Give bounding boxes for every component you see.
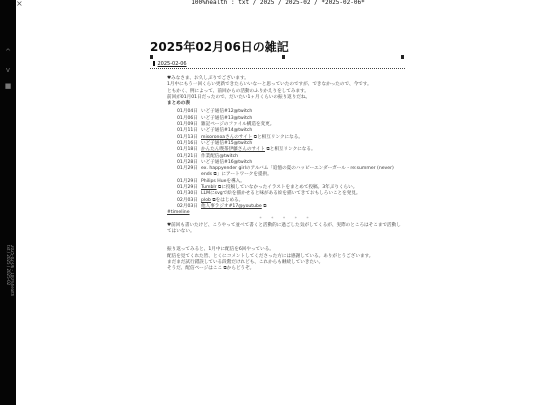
- paragraph: ♥前回も書いたけど、こうやって並べて書くと活動的に過ごした気がしてくるが、実際の…: [167, 223, 405, 236]
- sidebar: × ^ v ■ 2025-02-06 - 100%health txt / 20…: [0, 0, 16, 405]
- item-text: ⧉と相互リンクになる。: [265, 147, 316, 152]
- article: 2025年02月06日の雑記 2025-02-06 ♥みなさま、お久しぶりでござ…: [150, 40, 405, 273]
- summary-heading: まとめの表: [167, 101, 405, 107]
- menu-icon[interactable]: ■: [2, 82, 14, 90]
- marker-mid: [282, 55, 285, 59]
- title-markers: [150, 55, 405, 60]
- summary-list: 01月04日いど子通信#12@twitch 01月06日いど子通信#13@twi…: [167, 109, 405, 210]
- chevron-down-icon[interactable]: v: [2, 66, 14, 74]
- list-item: 01月29日ex. happyender girlのアルバム「追憶の夏のハッピー…: [177, 166, 405, 179]
- item-text: ⧉と相互リンクになる。: [252, 135, 303, 140]
- link[interactable]: misoronoaさんのサイト: [201, 135, 252, 140]
- link[interactable]: plob: [201, 198, 211, 203]
- date-line: 2025-02-06: [150, 61, 405, 69]
- link[interactable]: 他人事ラジオ#17@youtube: [201, 204, 262, 209]
- intro-line: 1月中にもう一回くらい更新できたらいいなーと思っていたのですが、できなかったので…: [167, 82, 405, 88]
- item-text: ⧉をはじめる。: [211, 198, 243, 203]
- date-link[interactable]: 2025-02-06: [158, 61, 187, 67]
- chevron-up-icon[interactable]: ^: [2, 48, 14, 56]
- item-date: 01月29日: [177, 166, 201, 179]
- page-title: 2025年02月06日の雑記: [150, 40, 405, 54]
- breadcrumb: 100%health : txt / 2025 / 2025-02 / *202…: [16, 0, 540, 10]
- item-text: ⧉に投稿していなかったイラストをまとめて投稿。3年ぶりくらい。: [217, 185, 358, 190]
- paragraph-line: そうだ、配信ページはここ ⧉からどうぞ。: [167, 266, 405, 272]
- date-bar: [153, 61, 155, 66]
- sidebar-vertical-info: 2025-02-06 - 100%health txt / 2025 / 202…: [2, 245, 14, 355]
- item-text: ⧉: [262, 204, 267, 209]
- sidebar-info-2: txt / 2025 / 2025-02: [6, 245, 10, 355]
- article-body: ♥みなさま、お久しぶりでございます。 1月中にもう一回くらい更新できたらいいなー…: [150, 76, 405, 273]
- link[interactable]: Tumblr: [201, 185, 217, 190]
- marker-right: [401, 55, 404, 59]
- timeline-tag-link[interactable]: #timeline: [167, 210, 190, 215]
- link[interactable]: かんたん喫茶伊藤さんのサイト: [201, 147, 265, 152]
- list-item: 02月03日他人事ラジオ#17@youtube ⧉: [177, 204, 405, 210]
- marker-left: [150, 55, 153, 59]
- item-text-link[interactable]: ex. happyender girlのアルバム「追憶の夏のハッピーエンダーガー…: [201, 166, 405, 179]
